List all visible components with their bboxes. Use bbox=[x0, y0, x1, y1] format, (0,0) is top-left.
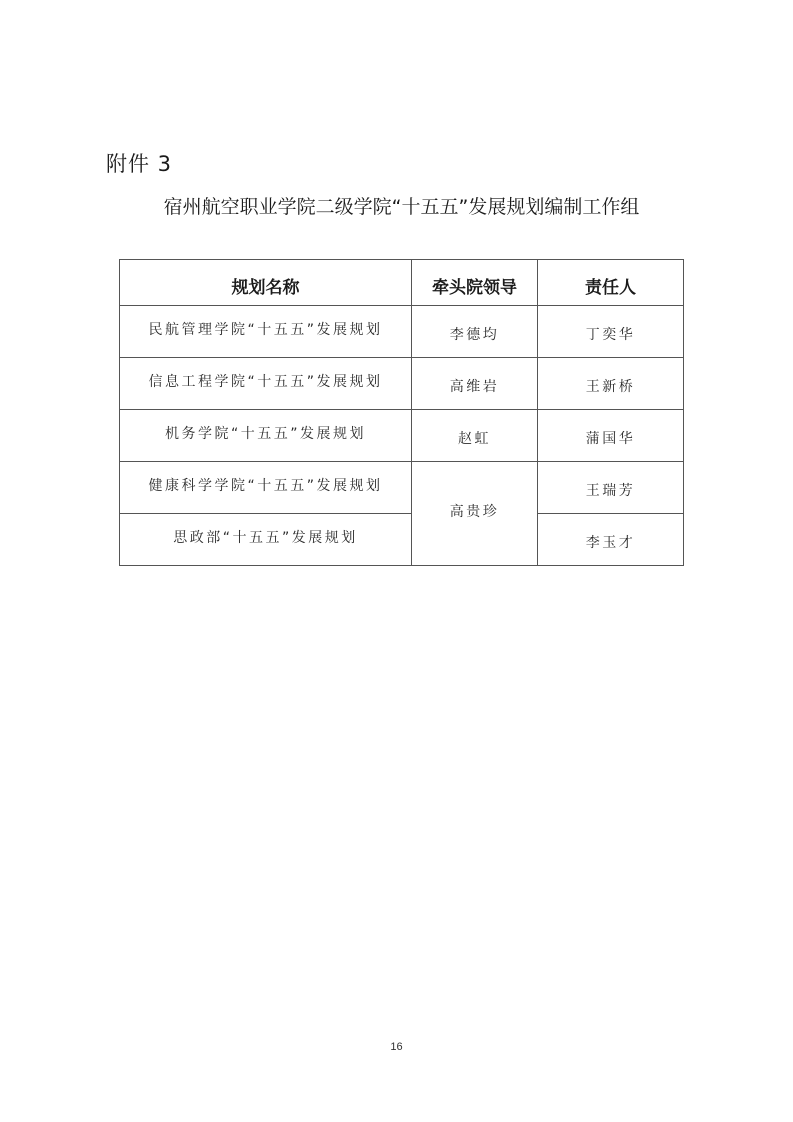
responsible-person-cell: 王瑞芳 bbox=[538, 462, 684, 514]
leader-cell: 高维岩 bbox=[412, 358, 538, 410]
table-row: 健康科学学院“十五五”发展规划 高贵珍 王瑞芳 bbox=[120, 462, 684, 514]
responsible-person-cell: 李玉才 bbox=[538, 514, 684, 566]
document-title: 宿州航空职业学院二级学院“十五五”发展规划编制工作组 bbox=[0, 194, 793, 220]
table-header-row: 规划名称 牵头院领导 责任人 bbox=[120, 260, 684, 306]
leader-cell: 赵虹 bbox=[412, 410, 538, 462]
work-group-table: 规划名称 牵头院领导 责任人 民航管理学院“十五五”发展规划 李德均 丁奕华 信… bbox=[119, 259, 684, 566]
leader-cell-merged: 高贵珍 bbox=[412, 462, 538, 566]
table-row: 思政部“十五五”发展规划 李玉才 bbox=[120, 514, 684, 566]
plan-name-cell: 健康科学学院“十五五”发展规划 bbox=[120, 462, 412, 514]
page-number: 16 bbox=[0, 1041, 793, 1053]
table-row: 信息工程学院“十五五”发展规划 高维岩 王新桥 bbox=[120, 358, 684, 410]
responsible-person-cell: 蒲国华 bbox=[538, 410, 684, 462]
header-lead-leader: 牵头院领导 bbox=[412, 260, 538, 306]
attachment-label: 附件 3 bbox=[106, 150, 172, 178]
table-row: 机务学院“十五五”发展规划 赵虹 蒲国华 bbox=[120, 410, 684, 462]
leader-cell: 李德均 bbox=[412, 306, 538, 358]
responsible-person-cell: 王新桥 bbox=[538, 358, 684, 410]
plan-name-cell: 机务学院“十五五”发展规划 bbox=[120, 410, 412, 462]
responsible-person-cell: 丁奕华 bbox=[538, 306, 684, 358]
header-plan-name: 规划名称 bbox=[120, 260, 412, 306]
plan-name-cell: 思政部“十五五”发展规划 bbox=[120, 514, 412, 566]
table-row: 民航管理学院“十五五”发展规划 李德均 丁奕华 bbox=[120, 306, 684, 358]
plan-name-cell: 信息工程学院“十五五”发展规划 bbox=[120, 358, 412, 410]
plan-name-cell: 民航管理学院“十五五”发展规划 bbox=[120, 306, 412, 358]
header-responsible-person: 责任人 bbox=[538, 260, 684, 306]
